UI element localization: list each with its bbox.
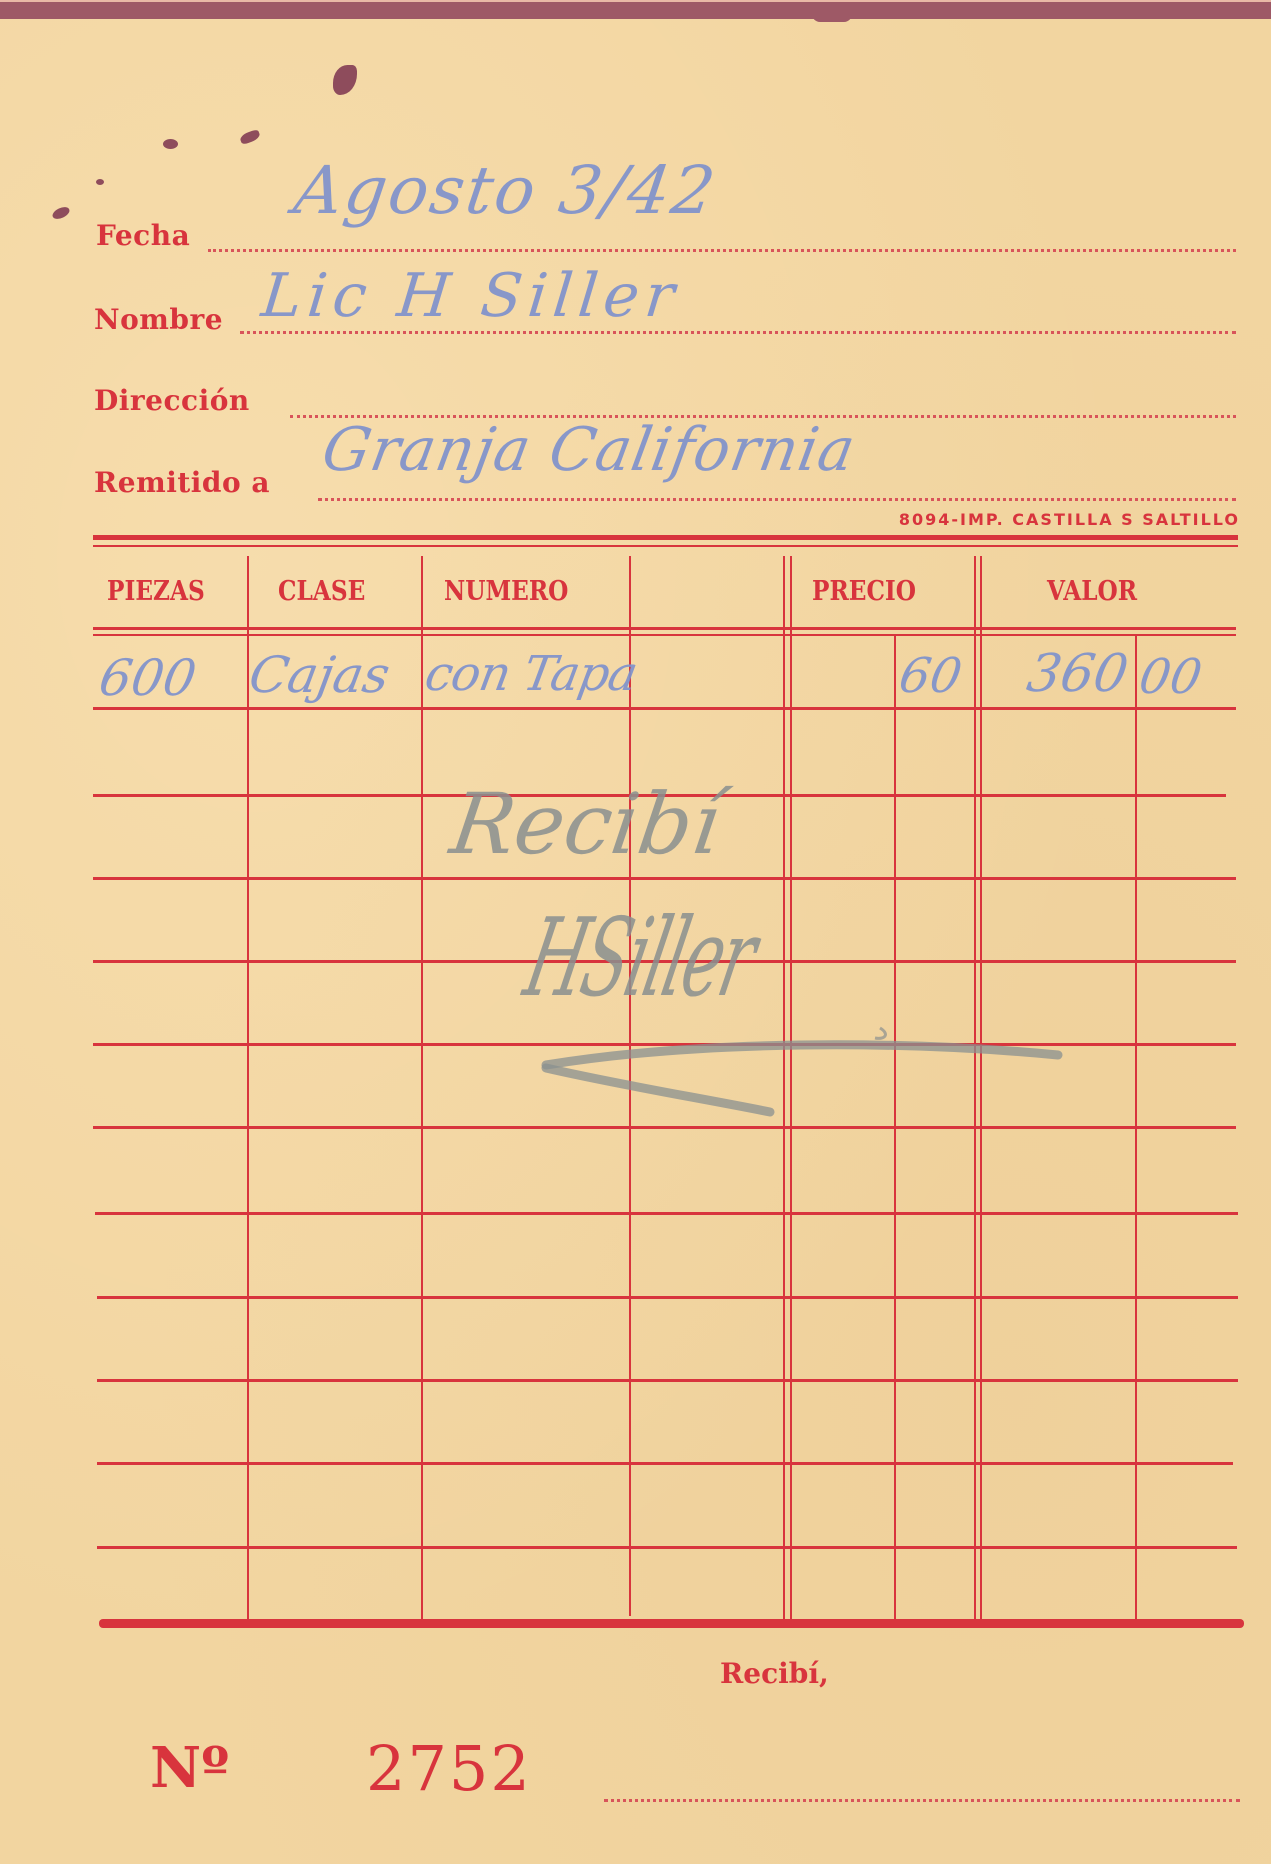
number-sign: Nº (150, 1740, 229, 1796)
signature-dotted-line (604, 1799, 1240, 1802)
folio-number: 2752 (366, 1738, 532, 1800)
signature-flourish-icon (0, 0, 1271, 1864)
recibi-printed-label: Recibí, (720, 1660, 829, 1688)
